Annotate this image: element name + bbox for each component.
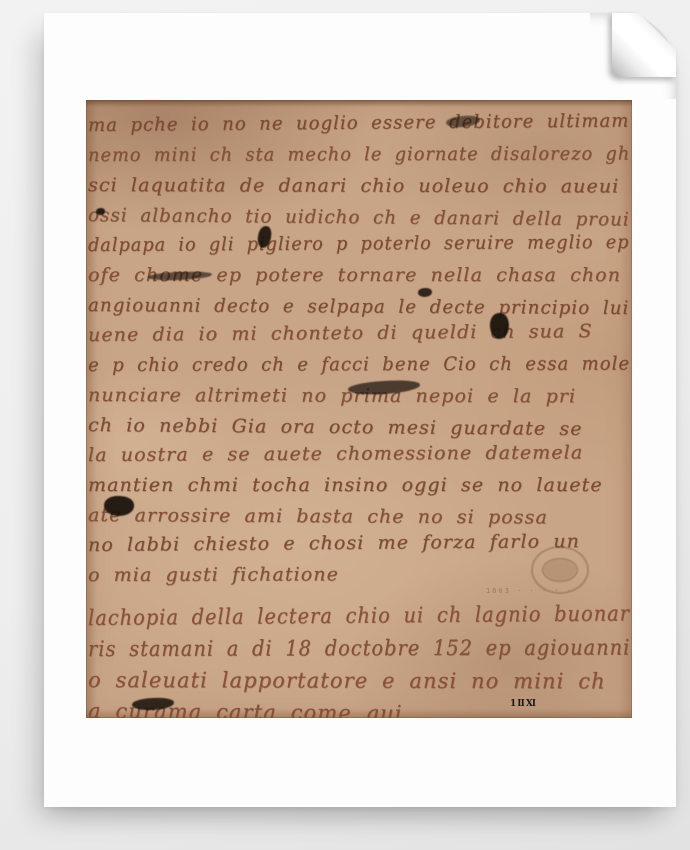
manuscript-line: o saleuati lapportatore e ansi no mini c… — [88, 665, 630, 697]
manuscript-photo: ma pche io no ne uoglio essere debitore … — [86, 100, 632, 718]
manuscript-line: nemo mini ch sta mecho le giornate disal… — [88, 139, 594, 170]
print-sheet: ma pche io no ne uoglio essere debitore … — [44, 13, 676, 807]
manuscript-line: la uostra e se auete chomessione datemel… — [88, 437, 630, 470]
manuscript-line: mantien chmi tocha insino oggi se no lau… — [88, 470, 630, 500]
manuscript-line: lachopia della lectera chio ui ch lagnio… — [88, 599, 588, 634]
text-block-top: ma pche io no ne uoglio essere debitore … — [88, 110, 630, 590]
manuscript-line: sci laquatita de danari chio uoleuo chio… — [88, 170, 630, 201]
collection-stamp-emblem — [542, 558, 578, 582]
manuscript-line: ris stamani a di 18 doctobre 152 ep agio… — [88, 633, 588, 665]
manuscript-line: ma pche io no ne uoglio essere debitore … — [88, 106, 603, 140]
catalog-number: 1603 · · · · · — [486, 587, 616, 595]
manuscript-line: dalpapa io gli pigliero p poterlo seruir… — [88, 227, 591, 260]
printer-mark: 1ⅡⅪ — [510, 699, 537, 709]
page-background: ma pche io no ne uoglio essere debitore … — [0, 0, 690, 850]
manuscript-line: uene dia io mi chonteto di queldi ch sua… — [88, 316, 630, 350]
manuscript-line: e p chio credo ch e facci bene Cio ch es… — [88, 349, 601, 380]
page-curl — [612, 13, 676, 77]
